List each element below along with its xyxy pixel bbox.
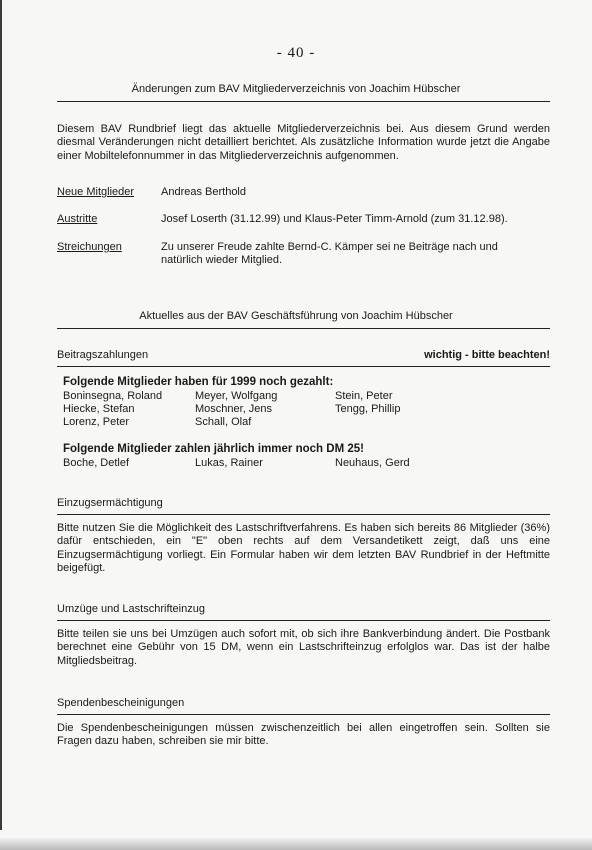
- paid-members-title: Folgende Mitglieder haben für 1999 noch …: [63, 376, 333, 389]
- relocation-paragraph: Bitte teilen sie uns bei Umzügen auch so…: [57, 628, 550, 668]
- member-name: Lukas, Rainer: [195, 457, 263, 470]
- member-name: Stein, Peter: [335, 390, 400, 403]
- member-name: Neuhaus, Gerd: [335, 457, 410, 470]
- member-name: Schall, Olaf: [195, 416, 277, 429]
- scan-shadow: [0, 838, 592, 850]
- value-deletions: Zu unserer Freude zahlte Bernd-C. Kämper…: [161, 241, 526, 268]
- member-name: Boche, Detlef: [63, 457, 129, 470]
- section-title-changes: Änderungen zum BAV Mitgliederverzeichnis…: [0, 83, 592, 95]
- paid-members-col-3: Stein, Peter Tengg, Phillip: [335, 390, 400, 416]
- value-resignations: Josef Loserth (31.12.99) und Klaus-Peter…: [161, 213, 508, 226]
- member-name: Lorenz, Peter: [63, 416, 162, 429]
- donation-receipts-paragraph: Die Spendenbescheinigungen müssen zwisch…: [57, 722, 550, 749]
- divider: [57, 366, 550, 367]
- dm25-members-title: Folgende Mitglieder zahlen jährlich imme…: [63, 443, 364, 456]
- member-name: Moschner, Jens: [195, 403, 277, 416]
- paid-members-col-1: Boninsegna, Roland Hiecke, Stefan Lorenz…: [63, 390, 162, 429]
- heading-contributions: Beitragszahlungen: [57, 349, 148, 361]
- label-new-members: Neue Mitglieder: [57, 186, 134, 198]
- intro-paragraph: Diesem BAV Rundbrief liegt das aktuelle …: [57, 123, 550, 163]
- document-page: - 40 - Änderungen zum BAV Mitgliederverz…: [0, 0, 592, 850]
- heading-relocation: Umzüge und Lastschrifteinzug: [57, 603, 205, 615]
- member-name: Meyer, Wolfgang: [195, 390, 277, 403]
- heading-direct-debit: Einzugsermächtigung: [57, 497, 163, 509]
- divider: [57, 328, 550, 329]
- direct-debit-paragraph: Bitte nutzen Sie die Möglichkeit des Las…: [57, 522, 550, 576]
- member-name: Tengg, Phillip: [335, 403, 400, 416]
- paid-members-col-2: Meyer, Wolfgang Moschner, Jens Schall, O…: [195, 390, 277, 429]
- section-title-management: Aktuelles aus der BAV Geschäftsführung v…: [0, 310, 592, 322]
- member-name: Boninsegna, Roland: [63, 390, 162, 403]
- scan-edge: [0, 0, 2, 830]
- label-resignations: Austritte: [57, 213, 97, 225]
- value-new-members: Andreas Berthold: [161, 186, 246, 199]
- page-number: - 40 -: [0, 45, 592, 62]
- member-name: Hiecke, Stefan: [63, 403, 162, 416]
- divider: [57, 714, 550, 715]
- divider: [57, 620, 550, 621]
- label-deletions: Streichungen: [57, 241, 122, 253]
- divider: [57, 514, 550, 515]
- divider: [57, 101, 550, 102]
- important-note: wichtig - bitte beachten!: [424, 349, 550, 361]
- heading-donation-receipts: Spendenbescheinigungen: [57, 697, 184, 709]
